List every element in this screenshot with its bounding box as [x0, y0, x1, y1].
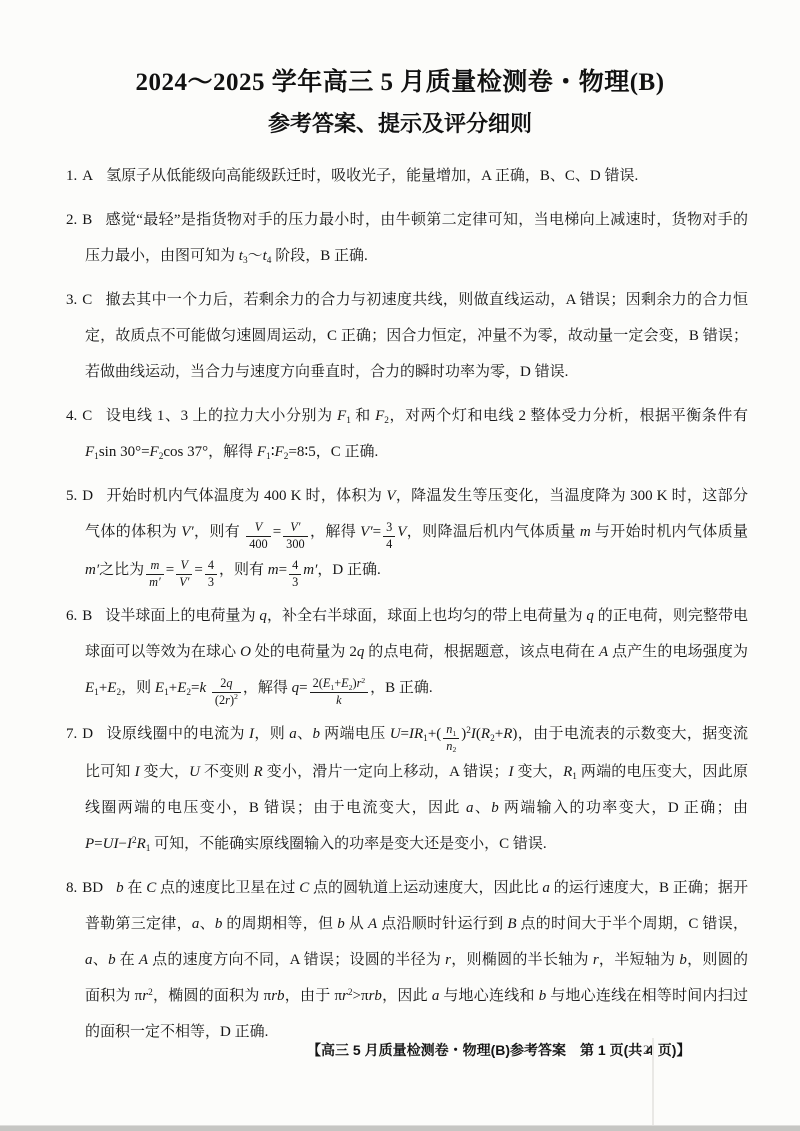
fraction-denominator: V′ — [176, 575, 192, 590]
item-explanation: 氢原子从低能级向高能级跃迁时，吸收光子，能量增加，A 正确，B、C、D 错误. — [106, 168, 638, 184]
math-subscript: 1 — [146, 844, 151, 854]
math-subscript: 1 — [266, 452, 271, 462]
math-subscript: 1 — [423, 734, 428, 744]
math-variable: U — [189, 764, 200, 780]
math-variable: m′ — [149, 575, 161, 589]
math-subscript: 1 — [94, 452, 99, 462]
math-variable: a — [432, 988, 440, 1004]
math-variable: B — [507, 916, 516, 932]
math-variable: b — [312, 726, 320, 742]
answer-item-2: 2.B感觉“最轻”是指货物对手的压力最小时，由牛顿第二定律可知，当电梯向上减速时… — [66, 202, 748, 274]
math-variable: F — [275, 444, 284, 460]
math-variable: rb — [271, 988, 284, 1004]
math-superscript: 2 — [132, 836, 137, 846]
math-fraction: n1n2 — [443, 722, 459, 754]
math-variable: E — [341, 676, 349, 690]
math-variable: R — [414, 726, 423, 742]
math-variable: rb — [369, 988, 382, 1004]
page-subtitle: 参考答案、提示及评分细则 — [0, 107, 800, 138]
exam-answer-page: 2024～2025 学年高三 5 月质量检测卷・物理(B) 参考答案、提示及评分… — [0, 0, 800, 1131]
answer-list: 1.A氢原子从低能级向高能级跃迁时，吸收光子，能量增加，A 正确，B、C、D 错… — [66, 158, 748, 1050]
math-subscript: 1 — [572, 772, 577, 782]
math-subscript: 1 — [452, 729, 456, 738]
math-variable: V — [386, 488, 395, 504]
item-number: 6. — [66, 608, 77, 624]
math-variable: F — [85, 444, 94, 460]
math-variable: A — [599, 644, 608, 660]
math-variable: R — [137, 836, 146, 852]
math-variable: F — [337, 408, 346, 424]
math-variable: R — [481, 726, 490, 742]
math-variable: b — [679, 952, 687, 968]
answer-item-5: 5.D开始时机内气体温度为 400 K 时，体积为 V，降温发生等压变化，当温度… — [66, 478, 748, 590]
math-variable: I — [249, 726, 254, 742]
item-answer: C — [82, 292, 92, 308]
item-answer: D — [82, 726, 93, 742]
item-number: 4. — [66, 408, 77, 424]
item-number: 1. — [66, 168, 77, 184]
math-variable: b — [108, 952, 116, 968]
math-fraction: 43 — [205, 558, 217, 590]
fraction-denominator: 300 — [283, 537, 307, 552]
scan-bottom-edge — [0, 1125, 800, 1131]
math-variable: b — [491, 800, 499, 816]
math-subscript: 1 — [94, 688, 99, 698]
page-title: 2024～2025 学年高三 5 月质量检测卷・物理(B) — [0, 0, 800, 98]
math-variable: a — [192, 916, 200, 932]
fraction-numerator: V′ — [283, 520, 307, 536]
item-explanation: 开始时机内气体温度为 400 K 时，体积为 V，降温发生等压变化，当温度降为 … — [85, 488, 748, 578]
math-subscript: 2 — [349, 683, 353, 692]
math-subscript: 3 — [243, 256, 248, 266]
math-variable: E — [177, 680, 186, 696]
fraction-numerator: m — [146, 558, 164, 574]
math-variable: a — [466, 800, 474, 816]
item-answer: B — [82, 212, 92, 228]
answer-item-4: 4.C设电线 1、3 上的拉力大小分别为 F1 和 F2，对两个灯和电线 2 整… — [66, 398, 748, 470]
math-fraction: VV′ — [176, 558, 192, 590]
answer-item-7: 7.D设原线圈中的电流为 I，则 a、b 两端电压 U=IR1+(n1n2)2I… — [66, 716, 748, 862]
math-variable: O — [240, 644, 251, 660]
math-variable: A — [368, 916, 377, 932]
math-subscript: 2 — [186, 688, 191, 698]
item-number: 5. — [66, 488, 77, 504]
math-fraction: 34 — [383, 520, 395, 552]
item-answer: B — [82, 608, 92, 624]
math-fraction: 43 — [289, 558, 301, 590]
math-variable: V — [181, 558, 189, 572]
math-variable: R — [503, 726, 512, 742]
math-variable: I — [471, 726, 476, 742]
fraction-numerator: 3 — [383, 520, 395, 536]
math-superscript: 2 — [348, 988, 353, 998]
math-variable: R — [563, 764, 572, 780]
math-variable: q — [226, 676, 232, 690]
fraction-denominator: k — [310, 693, 369, 708]
fraction-denominator: n2 — [443, 739, 459, 754]
math-variable: r — [593, 952, 599, 968]
math-variable: A — [139, 952, 148, 968]
math-variable: r — [445, 952, 451, 968]
item-answer: D — [82, 488, 93, 504]
math-fraction: mm′ — [146, 558, 164, 590]
math-variable: F — [375, 408, 384, 424]
math-variable: a — [542, 880, 550, 896]
scan-edge-mark: 2 — [643, 1042, 650, 1058]
math-variable: V′ — [360, 524, 372, 540]
fraction-numerator: V — [246, 520, 270, 536]
fraction-denominator: 3 — [289, 575, 301, 590]
math-variable: m — [150, 558, 159, 572]
fraction-denominator: 400 — [246, 537, 270, 552]
math-subscript: 1 — [164, 688, 169, 698]
math-fraction: 2(E1+E2)r2k — [310, 676, 369, 708]
math-variable: a — [289, 726, 297, 742]
math-variable: I — [135, 764, 140, 780]
math-superscript: 2 — [466, 726, 471, 736]
math-variable: E — [155, 680, 164, 696]
answer-item-8: 8.BDb 在 C 点的速度比卫星在过 C 点的圆轨道上运动速度大，因此比 a … — [66, 870, 748, 1050]
fraction-numerator: n1 — [443, 722, 459, 738]
fraction-numerator: 4 — [205, 558, 217, 574]
answer-item-1: 1.A氢原子从低能级向高能级跃迁时，吸收光子，能量增加，A 正确，B、C、D 错… — [66, 158, 748, 194]
math-fraction: 2q(2r)2 — [212, 676, 241, 708]
math-superscript: 2 — [234, 692, 238, 701]
answer-item-6: 6.B设半球面上的电荷量为 q，补全右半球面，球面上也均匀的带上电荷量为 q 的… — [66, 598, 748, 708]
math-variable: b — [215, 916, 223, 932]
math-variable: q — [259, 608, 267, 624]
item-explanation: 撤去其中一个力后，若剩余力的合力与初速度共线，则做直线运动，A 错误；因剩余力的… — [85, 292, 748, 380]
math-variable: F — [257, 444, 266, 460]
fraction-numerator: V — [176, 558, 192, 574]
math-subscript: 2 — [384, 416, 389, 426]
item-answer: BD — [82, 880, 103, 896]
math-subscript: 2 — [490, 734, 495, 744]
item-explanation: 设原线圈中的电流为 I，则 a、b 两端电压 U=IR1+(n1n2)2I(R2… — [85, 726, 748, 852]
math-subscript: 1 — [330, 683, 334, 692]
item-answer: A — [82, 168, 93, 184]
math-variable: m — [268, 562, 279, 578]
math-variable: b — [539, 988, 547, 1004]
math-variable: V′ — [179, 575, 189, 589]
math-variable: b — [337, 916, 345, 932]
fraction-numerator: 4 — [289, 558, 301, 574]
math-variable: q — [357, 644, 365, 660]
math-variable: m′ — [85, 562, 99, 578]
item-number: 7. — [66, 726, 77, 742]
item-number: 3. — [66, 292, 77, 308]
scan-fold-line — [652, 1038, 654, 1126]
math-variable: V — [255, 520, 263, 534]
math-variable: m′ — [303, 562, 317, 578]
math-variable: k — [336, 693, 341, 707]
math-variable: q — [292, 680, 300, 696]
fraction-numerator: 2q — [212, 676, 241, 692]
item-explanation: 设电线 1、3 上的拉力大小分别为 F1 和 F2，对两个灯和电线 2 整体受力… — [85, 408, 748, 460]
math-fraction: V′300 — [283, 520, 307, 552]
math-superscript: 2 — [361, 676, 365, 685]
fraction-denominator: (2r)2 — [212, 693, 241, 708]
math-variable: k — [199, 680, 206, 696]
math-variable: E — [85, 680, 94, 696]
math-variable: I — [509, 764, 514, 780]
math-subscript: 2 — [116, 688, 121, 698]
math-variable: V′ — [290, 520, 300, 534]
item-explanation: b 在 C 点的速度比卫星在过 C 点的圆轨道上运动速度大，因此比 a 的运行速… — [85, 880, 748, 1040]
math-variable: C — [146, 880, 156, 896]
math-variable: U — [390, 726, 401, 742]
math-variable: r — [225, 693, 230, 707]
math-variable: C — [299, 880, 309, 896]
item-explanation: 设半球面上的电荷量为 q，补全右半球面，球面上也均匀的带上电荷量为 q 的正电荷… — [85, 608, 748, 696]
math-subscript: 2 — [452, 745, 456, 754]
math-variable: R — [254, 764, 263, 780]
math-variable: F — [150, 444, 159, 460]
math-superscript: 2 — [148, 988, 153, 998]
math-variable: UI — [103, 836, 119, 852]
page-footer: 【高三 5 月质量检测卷・物理(B)参考答案 第 1 页(共 4 页)】 — [307, 1040, 690, 1060]
math-variable: r — [342, 988, 348, 1004]
item-number: 2. — [66, 212, 77, 228]
math-subscript: 4 — [267, 256, 272, 266]
fraction-denominator: 4 — [383, 537, 395, 552]
item-explanation: 感觉“最轻”是指货物对手的压力最小时，由牛顿第二定律可知，当电梯向上减速时，货物… — [85, 212, 748, 264]
math-variable: V′ — [181, 524, 193, 540]
math-subscript: 2 — [159, 452, 164, 462]
fraction-denominator: 3 — [205, 575, 217, 590]
math-variable: b — [116, 880, 124, 896]
math-variable: a — [85, 952, 93, 968]
fraction-denominator: m′ — [146, 575, 164, 590]
item-number: 8. — [66, 880, 77, 896]
fraction-numerator: 2(E1+E2)r2 — [310, 676, 369, 692]
item-answer: C — [82, 408, 92, 424]
answer-item-3: 3.C撤去其中一个力后，若剩余力的合力与初速度共线，则做直线运动，A 错误；因剩… — [66, 282, 748, 390]
math-subscript: 1 — [346, 416, 351, 426]
math-fraction: V400 — [246, 520, 270, 552]
math-variable: P — [85, 836, 94, 852]
math-subscript: 2 — [284, 452, 289, 462]
math-variable: q — [586, 608, 594, 624]
math-variable: V — [397, 524, 406, 540]
math-variable: m — [580, 524, 591, 540]
